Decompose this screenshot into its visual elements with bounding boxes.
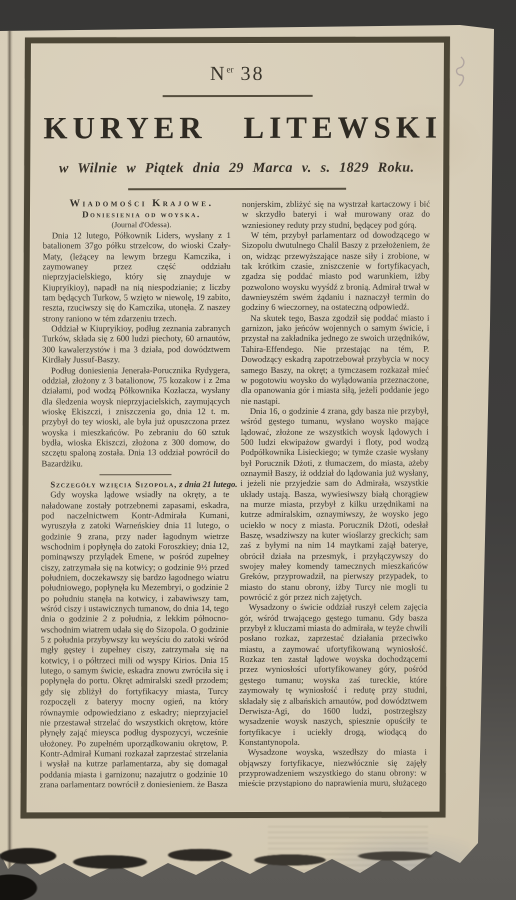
newspaper-page: Ner 38 KURYER LITEWSKI w Wilnie w Piątek… — [0, 25, 494, 883]
paragraph: Podług doniesienia Jenerała-Porucznika R… — [42, 365, 231, 469]
dateline: w Wilnie w Piątek dnia 29 Marca v. s. 18… — [43, 161, 430, 178]
newspaper-title: KURYER LITEWSKI — [43, 110, 430, 147]
source-note: (Journal d'Odessa). — [43, 220, 231, 231]
page-fold-line — [7, 25, 13, 883]
issue-value: 38 — [240, 63, 264, 85]
sizopol-heading-smallcaps: Szczegóły wzięcia Sizopola, — [50, 479, 177, 489]
dark-corner-fragment — [0, 868, 46, 900]
masthead-rule-top — [162, 95, 312, 97]
paragraph-continuation: nonjerskim, zbliżyć się na wystrzał kart… — [242, 199, 430, 230]
section-divider-rule — [99, 474, 171, 475]
paragraph: Dnia 16, o godzinie 4 zrana, gdy basza n… — [240, 405, 429, 602]
masthead-rule-bottom — [128, 188, 346, 190]
section-heading: Wiadomości Krajowe. — [43, 199, 231, 210]
torn-bottom-edge — [0, 846, 470, 882]
issue-superscript: er — [227, 64, 234, 74]
column-right: nonjerskim, zbliżyć się na wystrzał kart… — [239, 199, 430, 787]
column-left: Wiadomości Krajowe. Doniesienia od woysk… — [40, 199, 231, 787]
page-content: Ner 38 KURYER LITEWSKI w Wilnie w Piątek… — [27, 43, 444, 813]
paragraph: Dnia 12 lutego, Półkownik Liders, wysłan… — [42, 230, 231, 323]
subsection-heading: Doniesienia od woyska. — [43, 209, 231, 220]
paragraph: Gdy woyska lądowe wsiadły na okręty, a t… — [40, 489, 230, 787]
issue-prefix: N — [210, 63, 227, 85]
text-columns: Wiadomości Krajowe. Doniesienia od woysk… — [40, 199, 430, 788]
paper-edge-mark — [100, 26, 108, 29]
paragraph: W tém, przybył parlamentarz od dowodzące… — [241, 230, 429, 313]
scan-background: Ner 38 KURYER LITEWSKI w Wilnie w Piątek… — [0, 0, 516, 900]
paragraph: Wysadzony o świcie oddział ruszył celem … — [239, 602, 428, 747]
sizopol-heading-italic: z dnia 21 lutego. — [177, 479, 237, 489]
paragraph: Oddział w Kiupryikioy, podług zeznania z… — [42, 323, 230, 365]
page-border-frame: Ner 38 KURYER LITEWSKI w Wilnie w Piątek… — [20, 37, 450, 819]
paragraph: Na skutek tego, Basza zgodził się poddać… — [241, 312, 430, 405]
pencil-squiggle — [452, 55, 470, 89]
sizopol-section-heading: Szczegóły wzięcia Sizopola, z dnia 21 lu… — [41, 479, 229, 490]
paragraph: Wysadzone woyska, wszedłszy do miasta i … — [238, 747, 427, 788]
issue-number: Ner 38 — [44, 63, 431, 87]
